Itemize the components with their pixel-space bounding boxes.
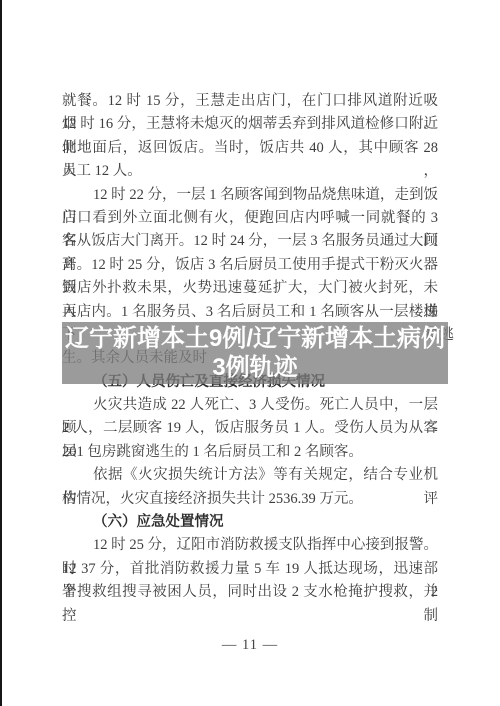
- text-line: 侧地面后，返回饭店。当时，饭店共 40 人，其中顾客 28 人，: [62, 137, 438, 160]
- text-line: 依据《火灾损失统计方法》等有关规定，结合专业机构评: [62, 464, 438, 487]
- text-line: 2 人，二层顾客 19 人，饭店服务员 1 人。受伤人员为从二层: [62, 417, 438, 440]
- text-line: 个搜救组搜寻被困人员，同时出设 2 支水枪掩护搜救，并控制: [62, 581, 438, 604]
- document-page: 就餐。12 时 15 分，王慧走出店门，在门口排风道附近吸烟。12 时 16 分…: [0, 0, 500, 706]
- text-line: 201 包房跳窗逃生的 1 名后厨员工和 2 名顾客。: [62, 441, 438, 464]
- text-line: 时 37 分，首批消防救援力量 5 车 19 人抵达现场，迅速部署 2: [62, 558, 438, 581]
- text-line: 门口看到外立面北侧有火，便跑回店内呼喊一同就餐的 3 名顾: [62, 207, 438, 230]
- text-line: 12 时 25 分，辽阳市消防救援支队指挥中心接到报警。12: [62, 534, 438, 557]
- headline-text-line2: 3例轨迹: [212, 353, 297, 382]
- text-line: 火灾共造成 22 人死亡、3 人受伤。死亡人员中，一层顾客: [62, 394, 438, 417]
- headline-overlay: 辽宁新增本土9例/辽宁新增本土病例 3例轨迹: [62, 322, 448, 384]
- text-line: （六）应急处置情况: [62, 511, 438, 534]
- text-line: 饭店外扑救未果，火势迅速蔓延扩大，大门被火封死，未再进: [62, 277, 438, 300]
- page-number: — 11 —: [0, 637, 500, 654]
- text-line: 12 时 16 分，王慧将未熄灭的烟蒂丢弃到排风道检修口附近北: [62, 113, 438, 136]
- text-line: 12 时 22 分，一层 1 名顾客闻到物品烧焦味道，走到饭店: [62, 184, 438, 207]
- scan-left-edge-line: [0, 0, 2, 706]
- headline-text-line1: 辽宁新增本土9例/辽宁新增本土病例: [65, 324, 445, 353]
- text-line: 就餐。12 时 15 分，王慧走出店门，在门口排风道附近吸烟。: [62, 90, 438, 113]
- text-line: 入店内。1 名服务员、3 名后厨员工和 1 名顾客从一层楼梯下方: [62, 301, 438, 324]
- text-line: 客从饭店大门离开。12 时 24 分，一层 3 名服务员通过大门离: [62, 230, 438, 253]
- text-line: 开。12 时 25 分，饭店 3 名后厨员工使用手提式干粉灭火器到: [62, 254, 438, 277]
